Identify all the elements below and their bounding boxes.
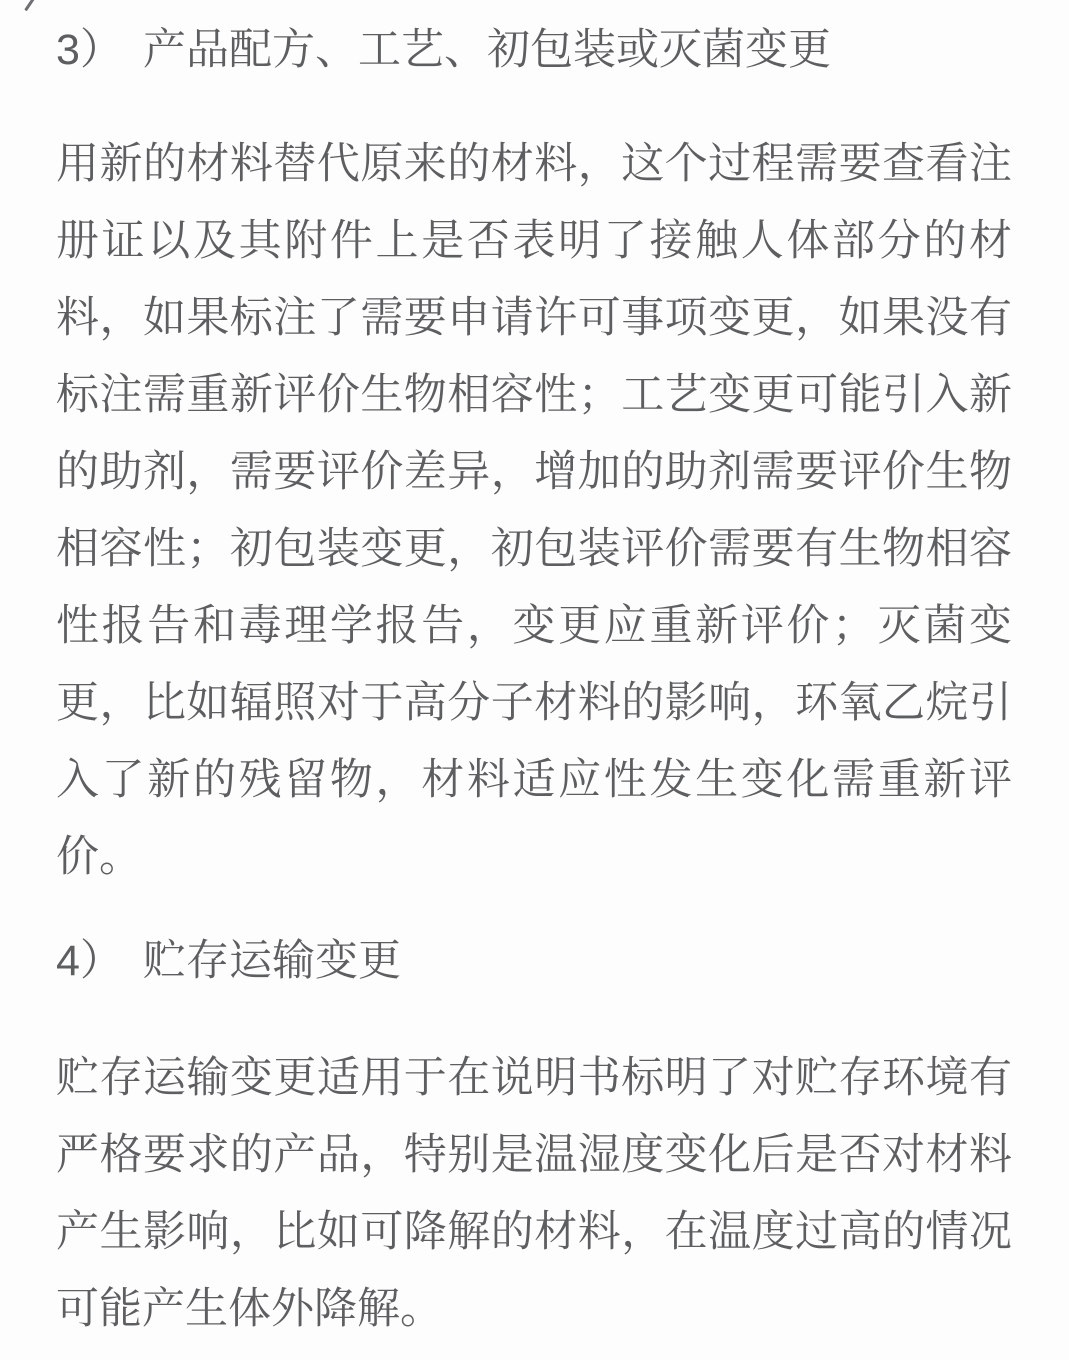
text-line: 标注需重新评价生物相容性；工艺变更可能引入新 [56,357,1012,434]
text-line: 性报告和毒理学报告，变更应重新评价；灭菌变 [56,588,1012,665]
heading-title: 贮存运输变更 [143,937,401,985]
text-line: 更，比如辐照对于高分子材料的影响，环氧乙烷引 [56,665,1012,742]
text-line: 的助剂，需要评价差异，增加的助剂需要评价生物 [56,434,1012,511]
section-heading-3: 3）产品配方、工艺、初包装或灭菌变更 [56,0,1012,87]
text-line: 入了新的残留物，材料适应性发生变化需重新评 [56,742,1012,819]
text-line: 价。 [56,819,1012,896]
text-line: 贮存运输变更适用于在说明书标明了对贮存环境有 [56,1040,1012,1117]
section-heading-4: 4）贮存运输变更 [56,924,1012,998]
paragraph-formula-process-changes: 用新的材料替代原来的材料，这个过程需要查看注 册证以及其附件上是否表明了接触人体… [56,126,1012,896]
heading-number: 3） [56,13,143,87]
paragraph-storage-transport-changes: 贮存运输变更适用于在说明书标明了对贮存环境有 严格要求的产品，特别是温湿度变化后… [56,1040,1012,1348]
document-body: 3）产品配方、工艺、初包装或灭菌变更 用新的材料替代原来的材料，这个过程需要查看… [0,0,1069,1348]
text-line: 册证以及其附件上是否表明了接触人体部分的材 [56,203,1012,280]
text-line: 料，如果标注了需要申请许可事项变更，如果没有 [56,280,1012,357]
heading-number: 4） [56,924,143,998]
text-line: 产生影响，比如可降解的材料，在温度过高的情况 [56,1194,1012,1271]
text-line: 相容性；初包装变更，初包装评价需要有生物相容 [56,511,1012,588]
text-line: 严格要求的产品，特别是温湿度变化后是否对材料 [56,1117,1012,1194]
text-line: 可能产生体外降解。 [56,1271,1012,1348]
document-page: { "page": { "background": "#fdfdfd", "te… [0,0,1069,1360]
heading-title: 产品配方、工艺、初包装或灭菌变更 [143,26,831,74]
text-line: 用新的材料替代原来的材料，这个过程需要查看注 [56,126,1012,203]
